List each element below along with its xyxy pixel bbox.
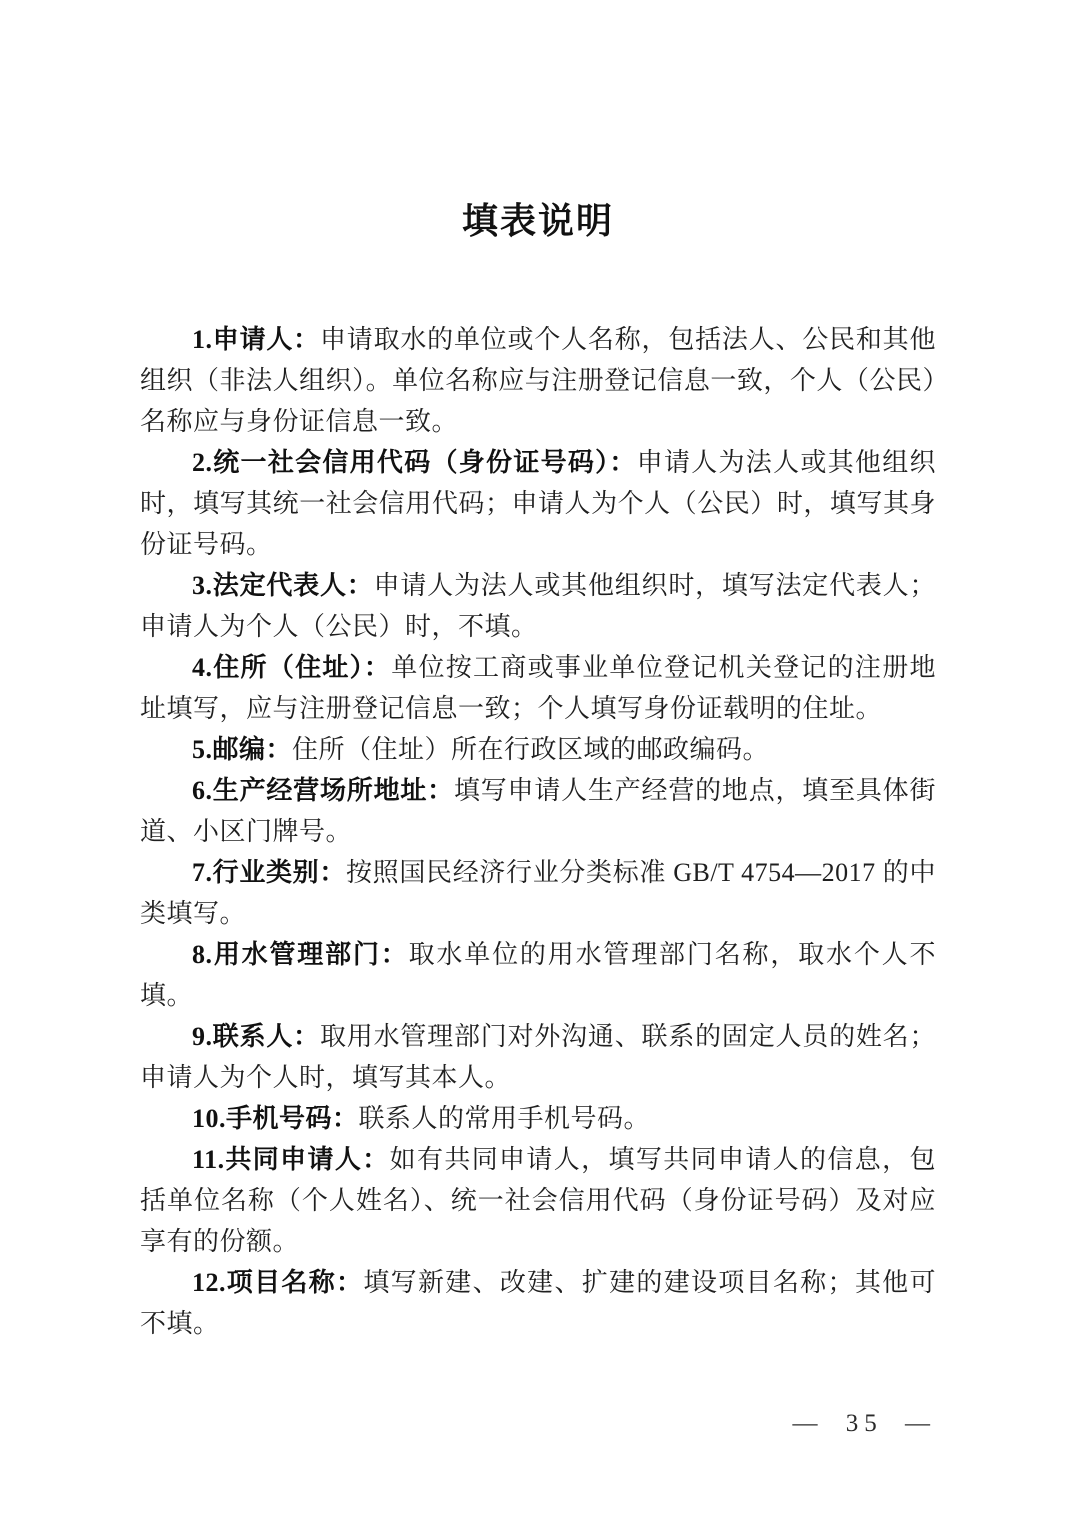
instruction-item-9: 9.联系人：取用水管理部门对外沟通、联系的固定人员的姓名；申请人为个人时，填写其… <box>140 1016 936 1098</box>
instruction-label: 10.手机号码： <box>192 1104 359 1133</box>
instruction-label: 12.项目名称： <box>192 1268 363 1297</box>
page-number: — 35 — <box>793 1410 937 1438</box>
instruction-label: 2.统一社会信用代码（身份证号码）： <box>192 448 637 477</box>
instruction-label: 4.住所（住址）： <box>192 653 391 682</box>
instruction-label: 1.申请人： <box>192 325 320 354</box>
instruction-item-7: 7.行业类别：按照国民经济行业分类标准 GB/T 4754—2017 的中类填写… <box>140 852 936 934</box>
instruction-item-6: 6.生产经营场所地址：填写申请人生产经营的地点，填至具体街道、小区门牌号。 <box>140 770 936 852</box>
instruction-text: 住所（住址）所在行政区域的邮政编码。 <box>292 735 769 764</box>
document-page: 填表说明 1.申请人：申请取水的单位或个人名称，包括法人、公民和其他组织（非法人… <box>0 0 1074 1520</box>
instructions-list: 1.申请人：申请取水的单位或个人名称，包括法人、公民和其他组织（非法人组织）。单… <box>140 319 936 1344</box>
instruction-item-2: 2.统一社会信用代码（身份证号码）：申请人为法人或其他组织时，填写其统一社会信用… <box>140 442 936 565</box>
instruction-text: 联系人的常用手机号码。 <box>359 1104 651 1133</box>
instruction-label: 9.联系人： <box>192 1022 320 1051</box>
instruction-label: 7.行业类别： <box>192 858 346 887</box>
instruction-item-10: 10.手机号码：联系人的常用手机号码。 <box>140 1098 936 1139</box>
instruction-item-12: 12.项目名称：填写新建、改建、扩建的建设项目名称；其他可不填。 <box>140 1262 936 1344</box>
instruction-item-5: 5.邮编：住所（住址）所在行政区域的邮政编码。 <box>140 729 936 770</box>
instruction-label: 5.邮编： <box>192 735 292 764</box>
instruction-item-11: 11.共同申请人：如有共同申请人，填写共同申请人的信息，包括单位名称（个人姓名）… <box>140 1139 936 1262</box>
instruction-label: 8.用水管理部门： <box>192 940 409 969</box>
instruction-label: 11.共同申请人： <box>192 1145 390 1174</box>
instruction-item-3: 3.法定代表人：申请人为法人或其他组织时，填写法定代表人；申请人为个人（公民）时… <box>140 565 936 647</box>
page-title: 填表说明 <box>140 203 936 239</box>
instruction-item-4: 4.住所（住址）：单位按工商或事业单位登记机关登记的注册地址填写，应与注册登记信… <box>140 647 936 729</box>
instruction-label: 3.法定代表人： <box>192 571 374 600</box>
instruction-label: 6.生产经营场所地址： <box>192 776 454 805</box>
instruction-item-8: 8.用水管理部门：取水单位的用水管理部门名称，取水个人不填。 <box>140 934 936 1016</box>
instruction-item-1: 1.申请人：申请取水的单位或个人名称，包括法人、公民和其他组织（非法人组织）。单… <box>140 319 936 442</box>
